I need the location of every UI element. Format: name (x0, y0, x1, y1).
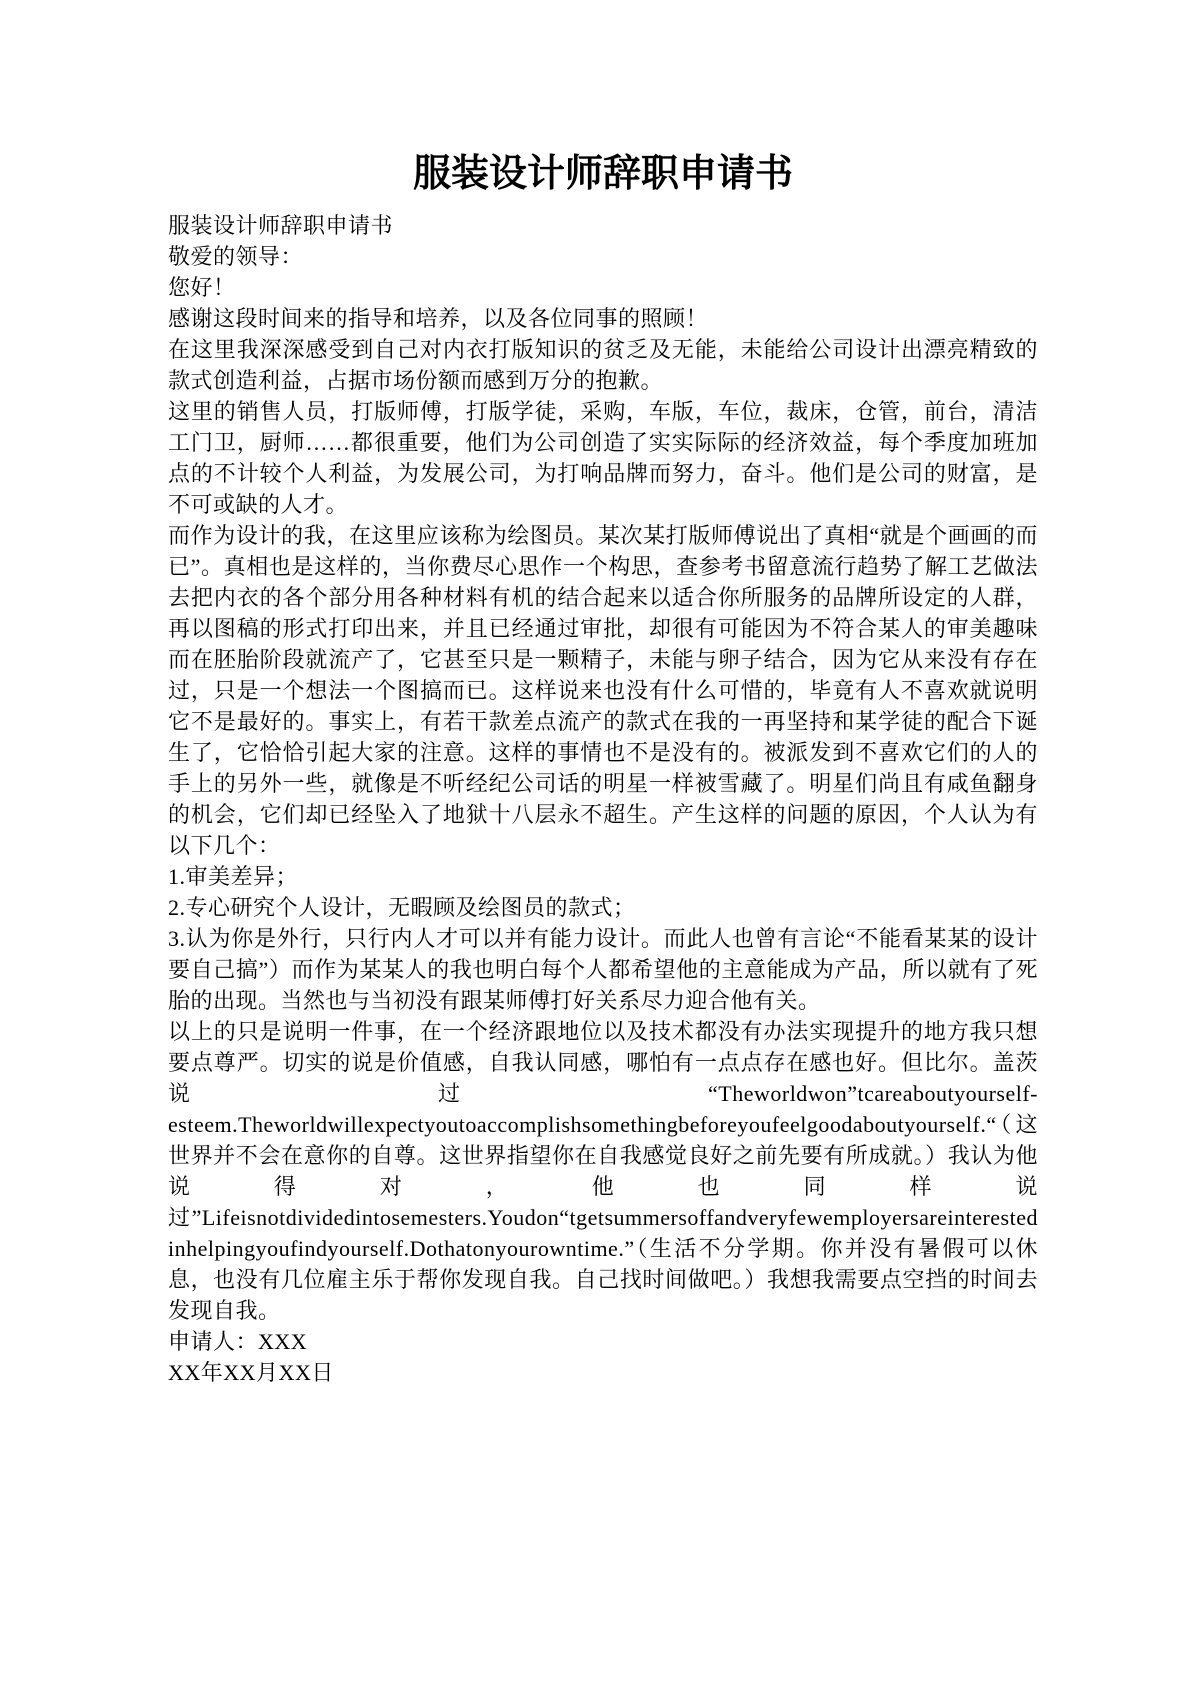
applicant-label: 申请人： (168, 1329, 258, 1354)
paragraph: 1.审美差异； (168, 861, 1038, 892)
signature-applicant-line: 申请人：XXX (168, 1326, 1038, 1357)
document-body: 服装设计师辞职申请书敬爱的领导：您好！感谢这段时间来的指导和培养，以及各位同事的… (168, 210, 1038, 1326)
document-page: 服装设计师辞职申请书 服装设计师辞职申请书敬爱的领导：您好！感谢这段时间来的指导… (0, 0, 1190, 1683)
paragraph: 在这里我深深感受到自己对内衣打版知识的贫乏及无能，未能给公司设计出漂亮精致的款式… (168, 334, 1038, 396)
signature-date-line: XX年XX月XX日 (168, 1357, 1038, 1388)
paragraph: 敬爱的领导： (168, 241, 1038, 272)
applicant-name: XXX (258, 1329, 307, 1354)
paragraph: 而作为设计的我，在这里应该称为绘图员。某次某打版师傅说出了真相“就是个画画的而已… (168, 520, 1038, 861)
paragraph: 您好！ (168, 272, 1038, 303)
paragraph: 这里的销售人员，打版师傅，打版学徒，采购，车版，车位，裁床，仓管，前台，清洁工门… (168, 396, 1038, 520)
paragraph: 服装设计师辞职申请书 (168, 210, 1038, 241)
paragraph: 感谢这段时间来的指导和培养，以及各位同事的照顾！ (168, 303, 1038, 334)
document-title: 服装设计师辞职申请书 (168, 150, 1038, 198)
paragraph: 2.专心研究个人设计，无暇顾及绘图员的款式； (168, 892, 1038, 923)
paragraph: 以上的只是说明一件事，在一个经济跟地位以及技术都没有办法实现提升的地方我只想要点… (168, 1016, 1038, 1326)
paragraph: 3.认为你是外行，只行内人才可以并有能力设计。而此人也曾有言论“不能看某某的设计… (168, 923, 1038, 1016)
